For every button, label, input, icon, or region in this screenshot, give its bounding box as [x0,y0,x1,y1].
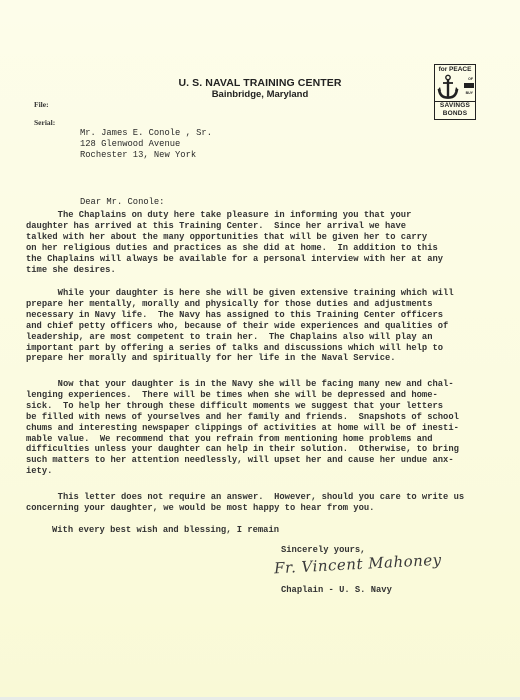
signer-title: Chaplain - U. S. Navy [281,585,392,595]
salutation: Dear Mr. Conole: [80,197,164,207]
stamp-bar [464,83,474,88]
paragraph-2: While your daughter is here she will be … [26,288,496,364]
recipient-city: Rochester 13, New York [80,150,212,161]
valediction: Sincerely yours, [281,545,365,555]
recipient-name: Mr. James E. Conole , Sr. [80,128,212,139]
anchor-icon [437,74,463,100]
stamp-top-text: for PEACE [435,66,475,74]
paragraph-3: Now that your daughter is in the Navy sh… [26,379,496,477]
paragraph-4: This letter does not require an answer. … [26,492,496,514]
stamp-small-text-1: OF [468,77,473,81]
recipient-address: Mr. James E. Conole , Sr. 128 Glenwood A… [80,128,212,161]
savings-bonds-stamp: for PEACE OF BUY SAVINGS BONDS [434,64,476,120]
stamp-bottom-text-2: BONDS [435,110,475,118]
closing-line: With every best wish and blessing, I rem… [52,525,279,535]
paragraph-1: The Chaplains on duty here take pleasure… [26,210,496,275]
stamp-small-text-2: BUY [466,91,473,95]
file-label: File: [34,100,49,109]
stamp-bottom-text-1: SAVINGS [435,102,475,110]
serial-label: Serial: [34,118,55,127]
letter-page: U. S. NAVAL TRAINING CENTER Bainbridge, … [0,0,520,700]
recipient-street: 128 Glenwood Avenue [80,139,212,150]
